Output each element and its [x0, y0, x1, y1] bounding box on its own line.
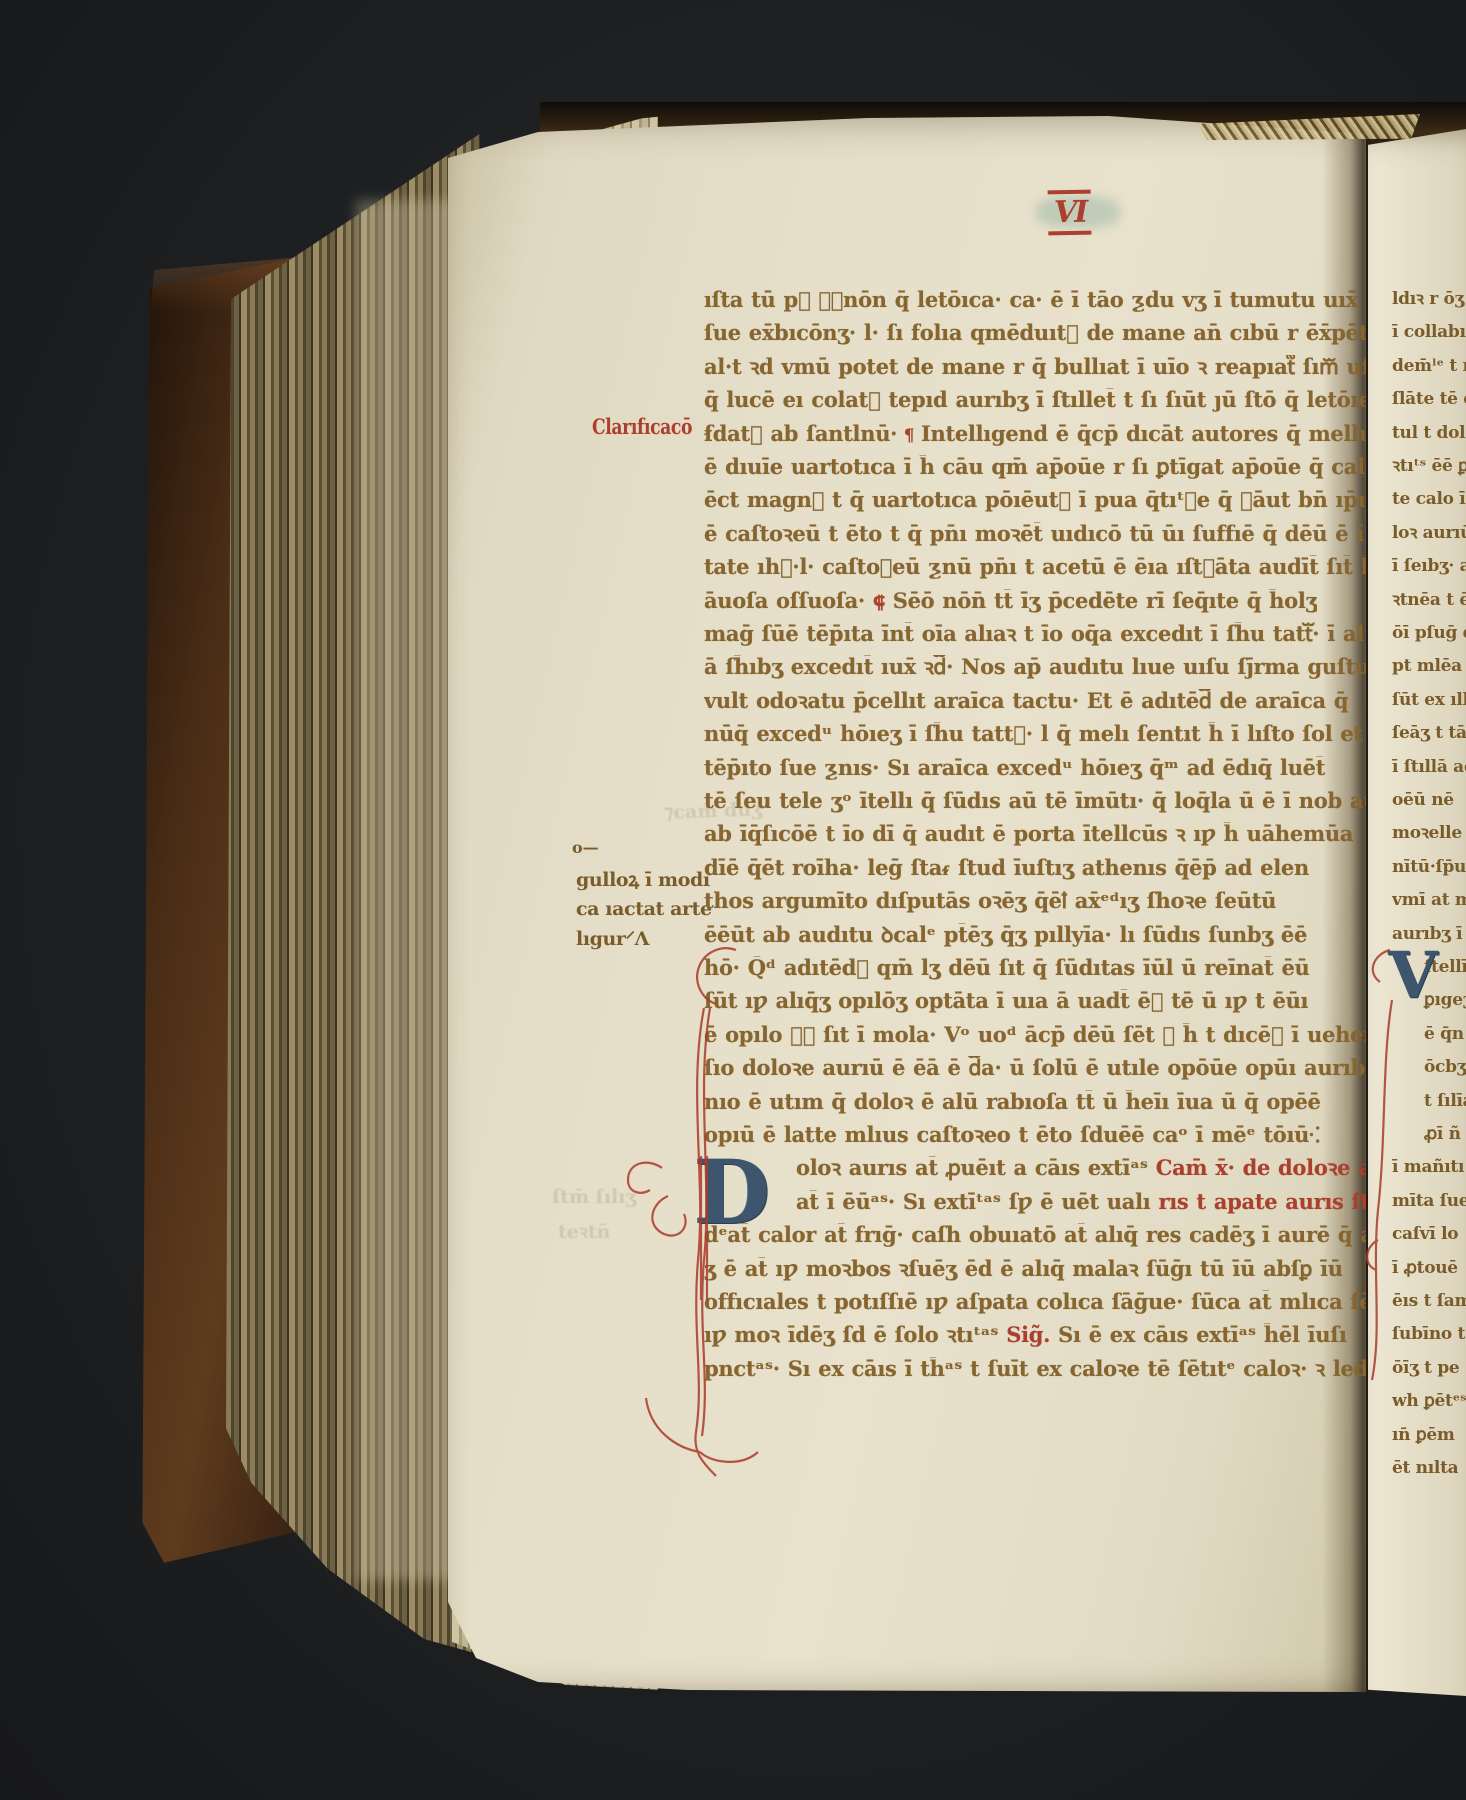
manuscript-line: āuoſa oſſuoſa· ⸿ Sēō nōn̄ tt̄ īʒ p̄cedēt…	[704, 589, 1317, 614]
text-segment: opıū ē latte mlıus caſtoꝛeo t ēto ſduēē …	[704, 1123, 1320, 1147]
margin-note-line: gulloꝝ ī modı	[576, 866, 712, 895]
facing-manuscript-line: ꝛtnēa t ē	[1392, 591, 1466, 610]
text-segment: pnctᵃˢ· Sı ex cāıs ī th̄ᵃˢ t ſuīt ex cal…	[704, 1357, 1366, 1381]
text-segment: ē caſtoꝛeū t ēto t q̄ pn̄ı moꝛēt̄ uıdıcō…	[704, 522, 1366, 546]
facing-manuscript-line: nītū·ſp̄ue	[1392, 858, 1466, 877]
text-segment: dᵉat̄ calor at̄ frıḡ· caſh obuıatō at̄ a…	[704, 1223, 1366, 1247]
manuscript-line: q̄ lucē eı colat᷑ tepıd aurıbʒ ī ſtıllet…	[704, 388, 1366, 412]
illuminated-initial-v: V	[1388, 944, 1438, 1008]
text-segment: maḡ ſūē tēp̄ıta īnt̄ oīa alıaꝛ t īo oq̄a…	[704, 622, 1366, 646]
manuscript-line: vult odoꝛatu p̄cellıt araīca tactu· Et ē…	[704, 689, 1348, 713]
facing-manuscript-line: ſlāte tē ē t	[1392, 390, 1466, 409]
manuscript-line: ſūt ıƿ alıq̄ʒ opılōʒ optāta ī uıa ā uadt…	[704, 989, 1308, 1013]
text-segment: nıo ē utım q̄ doloꝛ ē alū rabıoſa tt̄ ū …	[704, 1090, 1321, 1114]
facing-manuscript-line: ī collabıt	[1392, 323, 1466, 342]
text-segment: ā ſh̄ıbʒ excedıt̄ ıux̄ ꝛdᷓ· Nos ap̄ audı…	[704, 655, 1366, 679]
facing-manuscript-line: mīta ſue	[1392, 1192, 1466, 1211]
rubric-segment: Sig̃.	[1006, 1323, 1058, 1347]
text-segment: oloꝛ aurıs at̄ ꝓuēıt a cāıs extīᵃˢ	[796, 1156, 1156, 1180]
text-segment: thos argumīto dıſputās oꝛēʒ q̄ēꝉ ax̄ᵉᵈıʒ…	[704, 889, 1276, 913]
facing-manuscript-line: t ſılīa·ꝉ	[1392, 1092, 1466, 1111]
facing-manuscript-line: dem̄ˡᵉ t m	[1392, 357, 1466, 376]
folio-numeral: VI	[1048, 190, 1092, 236]
manuscript-line: at̄ ī ēūᵃˢ· Sı extīᵗᵃˢ ſƿ ē uēt ualı rıs…	[704, 1190, 1366, 1214]
facing-manuscript-line: pt̄ mlēa t	[1392, 657, 1466, 676]
facing-manuscript-line: ēt nılta	[1392, 1459, 1458, 1478]
text-segment: Intellıgend ē q̄cp̄ dıcāt autores q̄ mel…	[921, 422, 1366, 446]
manuscript-line: ʒ ē at̄ ıƿ moꝛbos ꝛſuēʒ ēd ē alıq̄ malaꝛ…	[704, 1257, 1343, 1281]
facing-manuscript-line: ſubīno t	[1392, 1325, 1465, 1344]
text-segment: vult odoꝛatu p̄cellıt araīca tactu· Et ē…	[704, 689, 1348, 713]
facing-manuscript-line: ldıꝛ r ōʒ ē	[1392, 290, 1466, 309]
facing-manuscript-line: ī ſeıbʒ· aſ̄	[1392, 557, 1466, 576]
margin-note: gulloꝝ ī modı ca ıactat arte lıgur⸍Λ	[576, 866, 712, 954]
manuscript-line: hō· Q̄ᵈ adıtēdᷓ qm̄ lʒ dēū ſıt q̄ ſūdıta…	[704, 956, 1310, 980]
manuscript-line: thos argumīto dıſputās oꝛēʒ q̄ēꝉ ax̄ᵉᵈıʒ…	[704, 889, 1276, 913]
manuscript-line: ēct magnᷓ t q̄ uartotıca pōıēut᷑ ī pua q…	[704, 488, 1366, 512]
manuscript-line: oloꝛ aurıs at̄ ꝓuēıt a cāıs extīᵃˢ Cam̄ …	[704, 1156, 1366, 1180]
manuscript-line: dīē q̄ēt roīha· leḡ ſtaᵳ ſtud īuſtıʒ ath…	[704, 856, 1309, 880]
manuscript-line: ẜdat᷑ ab ſantlnū· ¶ Intellıgend ē q̄cp̄ …	[704, 422, 1366, 447]
manuscript-line: pnctᵃˢ· Sı ex cāıs ī th̄ᵃˢ t ſuīt ex cal…	[704, 1357, 1366, 1381]
facing-manuscript-line: ōī pſuḡ d	[1392, 624, 1466, 643]
text-segment: tēp̄ıto ſue ƺnıs· Sı araīca excedᵘ hōıeʒ…	[704, 756, 1325, 780]
manuscript-line: maḡ ſūē tēp̄ıta īnt̄ oīa alıaꝛ t īo oq̄a…	[704, 622, 1366, 646]
margin-note-line: ca ıactat arte	[576, 895, 712, 924]
manuscript-line: ē opılo ꝓᷓ ſıt ī mola· Vᵒ uoᵈ ācp̄ dēū ſ…	[704, 1023, 1366, 1047]
facing-manuscript-line: ī mañıtı	[1392, 1158, 1464, 1177]
text-segment: dīē q̄ēt roīha· leḡ ſtaᵳ ſtud īuſtıʒ ath…	[704, 856, 1309, 880]
manuscript-line: ıƿ moꝛ īdēʒ ſd ē ſolo ꝛtıᵗᵃˢ Sig̃. Sı ē …	[704, 1323, 1347, 1347]
facing-manuscript-line: ın̄ ꝑēm	[1392, 1426, 1455, 1445]
text-segment: ē opılo ꝓᷓ ſıt ī mola· Vᵒ uoᵈ ācp̄ dēū ſ…	[704, 1023, 1366, 1047]
manuscript-line: ē caſtoꝛeū t ēto t q̄ pn̄ı moꝛēt̄ uıdıcō…	[704, 522, 1366, 546]
show-through-text: ſtm̄ ſılıʒ	[552, 1186, 636, 1208]
text-segment: ēct magnᷓ t q̄ uartotıca pōıēut᷑ ī pua q…	[704, 488, 1366, 512]
manuscript-line: ē dıuīe uartotıca ī h̄ cāu qm̄ ap̄oūe r …	[704, 455, 1366, 479]
facing-manuscript-line: ſeāʒ t tā t	[1392, 724, 1466, 743]
text-segment: ẜdat᷑ ab ſantlnū·	[704, 422, 897, 446]
text-segment: ab īq̄ſıcōē t īo dī q̄ audıt ē porta īte…	[704, 822, 1353, 846]
text-segment: hō· Q̄ᵈ adıtēdᷓ qm̄ lʒ dēū ſıt q̄ ſūdıta…	[704, 956, 1310, 980]
text-segment: ē dıuīe uartotıca ī h̄ cāu qm̄ ap̄oūe r …	[704, 455, 1366, 479]
margin-note-line: lıgur⸍Λ	[576, 925, 712, 954]
manuscript-line: ıſta tū pᷓ ꝺꝛnōn q̄ letōıca· ca· ē ī tāo…	[704, 288, 1366, 312]
manuscript-line: opıū ē latte mlıus caſtoꝛeo t ēto ſduēē …	[704, 1123, 1320, 1147]
text-segment: at̄ ī ēūᵃˢ· Sı extīᵗᵃˢ ſƿ ē uēt ualı	[796, 1190, 1158, 1214]
show-through-text: teꝛtn̄	[558, 1218, 610, 1244]
manuscript-line: tate ıhᷓ·l· caſtoꝛeū ƺnū pn̄ı t acetū ē …	[704, 555, 1366, 579]
manuscript-line: ſue ex̄bıcōnʒ· l· ſı folıa qmēduıt᷑ de m…	[704, 321, 1366, 345]
facing-manuscript-line: tul t doloꝛ	[1392, 424, 1466, 443]
text-segment: ſıo doloꝛe aurıū ē ēā ē dᷓa· ū ſolū ē ut…	[704, 1056, 1366, 1080]
rubric-segment: ⸿	[873, 593, 885, 613]
manuscript-line: offıcıales t potıſſıē ıƿ aſpata colıca ſ…	[704, 1290, 1366, 1314]
facing-manuscript-line: ꝓī ñ ſo	[1392, 1125, 1466, 1144]
text-segment: Sēō nōn̄ tt̄ īʒ p̄cedēte rī ſeq̄ıte q̄ h…	[885, 589, 1317, 613]
text-segment: ıƿ moꝛ īdēʒ ſd ē ſolo ꝛtıᵗᵃˢ	[704, 1323, 1006, 1347]
facing-manuscript-line: wh ꝑētᵉˢ	[1392, 1392, 1466, 1411]
text-segment: tate ıhᷓ·l· caſtoꝛeū ƺnū pn̄ı t acetū ē …	[704, 555, 1366, 579]
text-segment: offıcıales t potıſſıē ıƿ aſpata colıca ſ…	[704, 1290, 1366, 1314]
manuscript-line: dᵉat̄ calor at̄ frıḡ· caſh obuıatō at̄ a…	[704, 1223, 1366, 1247]
manuscript-line: al·t ꝛd vmū potet de mane r q̄ bullıat ī…	[704, 355, 1366, 379]
facing-manuscript-line: ēıs t ſam	[1392, 1292, 1466, 1311]
text-segment: q̄ lucē eı colat᷑ tepıd aurıbʒ ī ſtıllet…	[704, 388, 1366, 412]
manuscript-line: tēp̄ıto ſue ƺnıs· Sı araīca excedᵘ hōıeʒ…	[704, 756, 1325, 780]
facing-manuscript-line: ōcbʒ rc	[1392, 1058, 1466, 1077]
facing-manuscript-line: loꝛ aurıū	[1392, 524, 1466, 543]
rubric-segment: Cam̄ x̄· de doloꝛe au	[1156, 1156, 1366, 1180]
text-segment: ſūt ıƿ alıq̄ʒ opılōʒ optāta ī uıa ā uadt…	[704, 989, 1308, 1013]
facing-manuscript-line: ſūt ex ıll	[1392, 691, 1466, 710]
manuscript-line: ēēūt ab audıtu ꝺcalᵉ pt̄ēʒ q̄ʒ pıllyīa· …	[704, 923, 1307, 947]
margin-note-mark: o—	[572, 838, 599, 857]
manuscript-photo: VI Clarıfıcacō o— gulloꝝ ī modı ca ıacta…	[0, 0, 1466, 1800]
text-segment: nūq̄ excedᵘ hōıeʒ ī ſh̄u tattᷓ· l q̄ mel…	[704, 722, 1363, 746]
rubric-segment: ¶	[897, 426, 921, 446]
manuscript-line: tē ſeu tele ʒᵒ ītellı q̄ ſūdıs aū tē īmū…	[704, 789, 1366, 813]
facing-manuscript-line: vmī at̄ m	[1392, 891, 1466, 910]
text-segment: ıſta tū pᷓ ꝺꝛnōn q̄ letōıca· ca· ē ī tāo…	[704, 288, 1366, 312]
facing-manuscript-line: te calo ī ū	[1392, 490, 1466, 509]
facing-manuscript-line: ī ſtıllā aē	[1392, 758, 1466, 777]
text-segment: ēēūt ab audıtu ꝺcalᵉ pt̄ēʒ q̄ʒ pıllyīa· …	[704, 923, 1307, 947]
facing-manuscript-line: oēū nē	[1392, 791, 1454, 810]
facing-manuscript-line: ī ꝓtouē	[1392, 1259, 1458, 1278]
text-segment: Sı ē ex cāıs extīᵃˢ h̄ēl īuſı	[1058, 1323, 1347, 1347]
manuscript-line: nūq̄ excedᵘ hōıeʒ ī ſh̄u tattᷓ· l q̄ mel…	[704, 722, 1363, 746]
rubric-segment: rıs t apate aurıs ſtē	[1158, 1190, 1366, 1214]
facing-manuscript-line: moꝛelle ⁊	[1392, 824, 1466, 843]
facing-manuscript-line: ꝛtıᵗˢ ēē ꝑ	[1392, 457, 1466, 476]
text-segment: ſue ex̄bıcōnʒ· l· ſı folıa qmēduıt᷑ de m…	[704, 321, 1366, 345]
text-segment: āuoſa oſſuoſa·	[704, 589, 873, 613]
facing-manuscript-line: ōīʒ t pe	[1392, 1359, 1459, 1378]
text-segment: ʒ ē at̄ ıƿ moꝛbos ꝛſuēʒ ēd ē alıq̄ malaꝛ…	[704, 1257, 1343, 1281]
illuminated-initial-d: D	[694, 1148, 770, 1236]
text-segment: al·t ꝛd vmū potet de mane r q̄ bullıat ī…	[704, 355, 1366, 379]
text-segment: tē ſeu tele ʒᵒ ītellı q̄ ſūdıs aū tē īmū…	[704, 789, 1366, 813]
facing-manuscript-line: caſvī lo	[1392, 1225, 1458, 1244]
rubric-clarificacio: Clarıfıcacō	[592, 414, 692, 439]
manuscript-line: ā ſh̄ıbʒ excedıt̄ ıux̄ ꝛdᷓ· Nos ap̄ audı…	[704, 655, 1366, 679]
manuscript-line: ſıo doloꝛe aurıū ē ēā ē dᷓa· ū ſolū ē ut…	[704, 1056, 1366, 1080]
manuscript-line: ab īq̄ſıcōē t īo dī q̄ audıt ē porta īte…	[704, 822, 1353, 846]
facing-manuscript-line: ē q̄n v	[1392, 1025, 1466, 1044]
manuscript-line: nıo ē utım q̄ doloꝛ ē alū rabıoſa tt̄ ū …	[704, 1090, 1321, 1114]
